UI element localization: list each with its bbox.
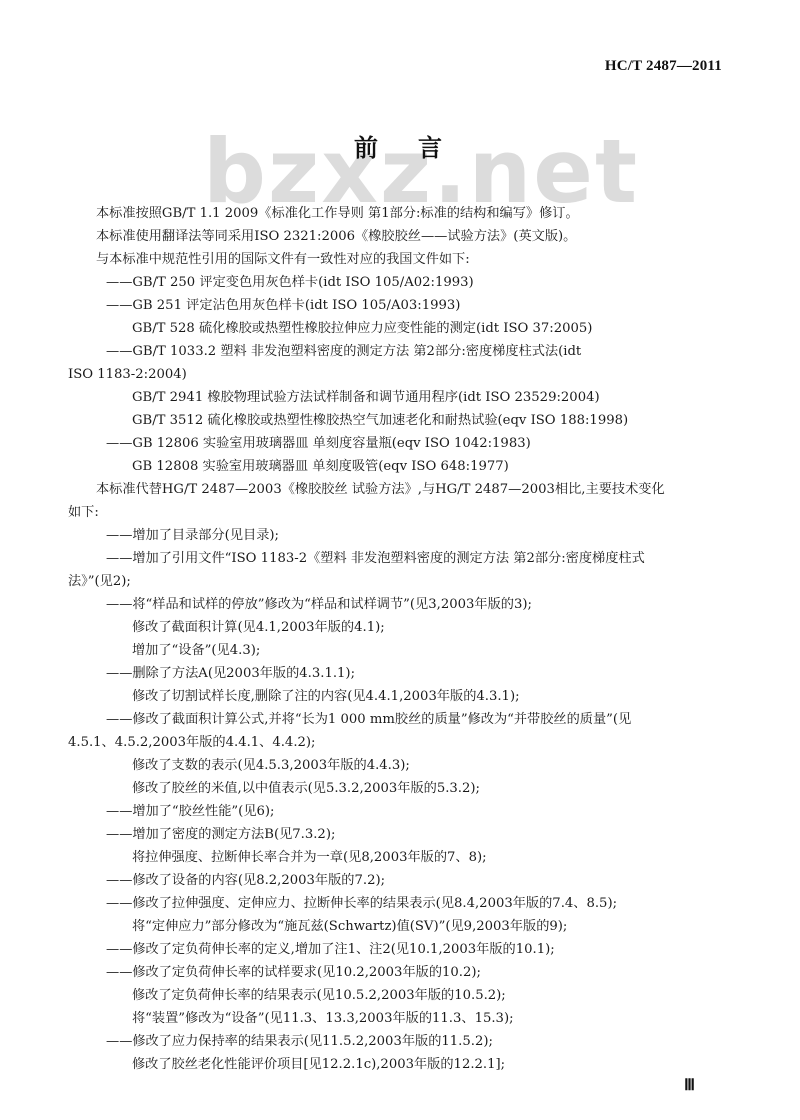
text-line: ——GB 12806 实验室用玻璃器皿 单刻度容量瓶(eqv ISO 1042:… <box>106 435 531 453</box>
text-line: 本标准按照GB/T 1.1 2009《标准化工作导则 第1部分:标准的结构和编写… <box>96 205 579 223</box>
text-line: ——增加了引用文件“ISO 1183-2《塑料 非发泡塑料密度的测定方法 第2部… <box>106 550 645 568</box>
text-line: ——GB 251 评定沾色用灰色样卡(idt ISO 105/A03:1993) <box>106 297 460 315</box>
text-line: GB/T 528 硫化橡胶或热塑性橡胶拉伸应力应变性能的测定(idt ISO 3… <box>132 320 592 338</box>
text-line: ——增加了密度的测定方法B(见7.3.2); <box>106 826 335 844</box>
text-line: 修改了定负荷伸长率的结果表示(见10.5.2,2003年版的10.5.2); <box>132 987 506 1005</box>
text-line: 修改了截面积计算(见4.1,2003年版的4.1); <box>132 619 385 637</box>
text-line: ——删除了方法A(见2003年版的4.3.1.1); <box>106 665 355 683</box>
page-title: 前言 <box>0 128 800 163</box>
text-line: 修改了胶丝的米值,以中值表示(见5.3.2,2003年版的5.3.2); <box>132 780 480 798</box>
text-line: ——修改了设备的内容(见8.2,2003年版的7.2); <box>106 872 385 890</box>
text-line: ——修改了定负荷伸长率的试样要求(见10.2,2003年版的10.2); <box>106 964 481 982</box>
text-line: 修改了胶丝老化性能评价项目[见12.2.1c),2003年版的12.2.1]; <box>132 1056 505 1074</box>
text-line: 与本标准中规范性引用的国际文件有一致性对应的我国文件如下: <box>96 251 470 269</box>
text-line: 修改了支数的表示(见4.5.3,2003年版的4.4.3); <box>132 757 410 775</box>
text-line: 4.5.1、4.5.2,2003年版的4.4.1、4.4.2); <box>68 734 316 752</box>
text-line: GB/T 3512 硫化橡胶或热塑性橡胶热空气加速老化和耐热试验(eqv ISO… <box>132 412 628 430</box>
text-line: ——将“样品和试样的停放”修改为“样品和试样调节”(见3,2003年版的3); <box>106 596 532 614</box>
text-line: 将拉伸强度、拉断伸长率合并为一章(见8,2003年版的7、8); <box>132 849 487 867</box>
text-line: GB 12808 实验室用玻璃器皿 单刻度吸管(eqv ISO 648:1977… <box>132 458 509 476</box>
text-line: ISO 1183-2:2004) <box>68 366 187 384</box>
text-line: 将“定伸应力”部分修改为“施瓦兹(Schwartz)值(SV)”(见9,2003… <box>132 918 567 936</box>
text-line: 修改了切割试样长度,删除了注的内容(见4.4.1,2003年版的4.3.1); <box>132 688 520 706</box>
text-line: ——增加了“胶丝性能”(见6); <box>106 803 274 821</box>
text-line: 增加了“设备”(见4.3); <box>132 642 260 660</box>
text-line: ——修改了定负荷伸长率的定义,增加了注1、注2(见10.1,2003年版的10.… <box>106 941 555 959</box>
page-number: Ⅲ <box>684 1075 695 1095</box>
text-line: ——增加了目录部分(见目录); <box>106 527 279 545</box>
text-line: 将“装置”修改为“设备”(见11.3、13.3,2003年版的11.3、15.3… <box>132 1010 514 1028</box>
text-line: 如下: <box>68 504 99 522</box>
text-line: GB/T 2941 橡胶物理试验方法试样制备和调节通用程序(idt ISO 23… <box>132 389 600 407</box>
text-line: ——修改了应力保持率的结果表示(见11.5.2,2003年版的11.5.2); <box>106 1033 493 1051</box>
document-number: HC/T 2487—2011 <box>605 58 722 75</box>
text-line: ——修改了拉伸强度、定伸应力、拉断伸长率的结果表示(见8.4,2003年版的7.… <box>106 895 617 913</box>
text-line: ——GB/T 250 评定变色用灰色样卡(idt ISO 105/A02:199… <box>106 274 474 292</box>
text-line: 本标准代替HG/T 2487—2003《橡胶胶丝 试验方法》,与HG/T 248… <box>96 481 665 499</box>
text-line: 法》”(见2); <box>68 573 131 591</box>
text-line: 本标准使用翻译法等同采用ISO 2321:2006《橡胶胶丝——试验方法》(英文… <box>96 228 576 246</box>
text-line: ——修改了截面积计算公式,并将“长为1 000 mm胶丝的质量”修改为“并带胶丝… <box>106 711 631 729</box>
text-line: ——GB/T 1033.2 塑料 非发泡塑料密度的测定方法 第2部分:密度梯度柱… <box>106 343 581 361</box>
